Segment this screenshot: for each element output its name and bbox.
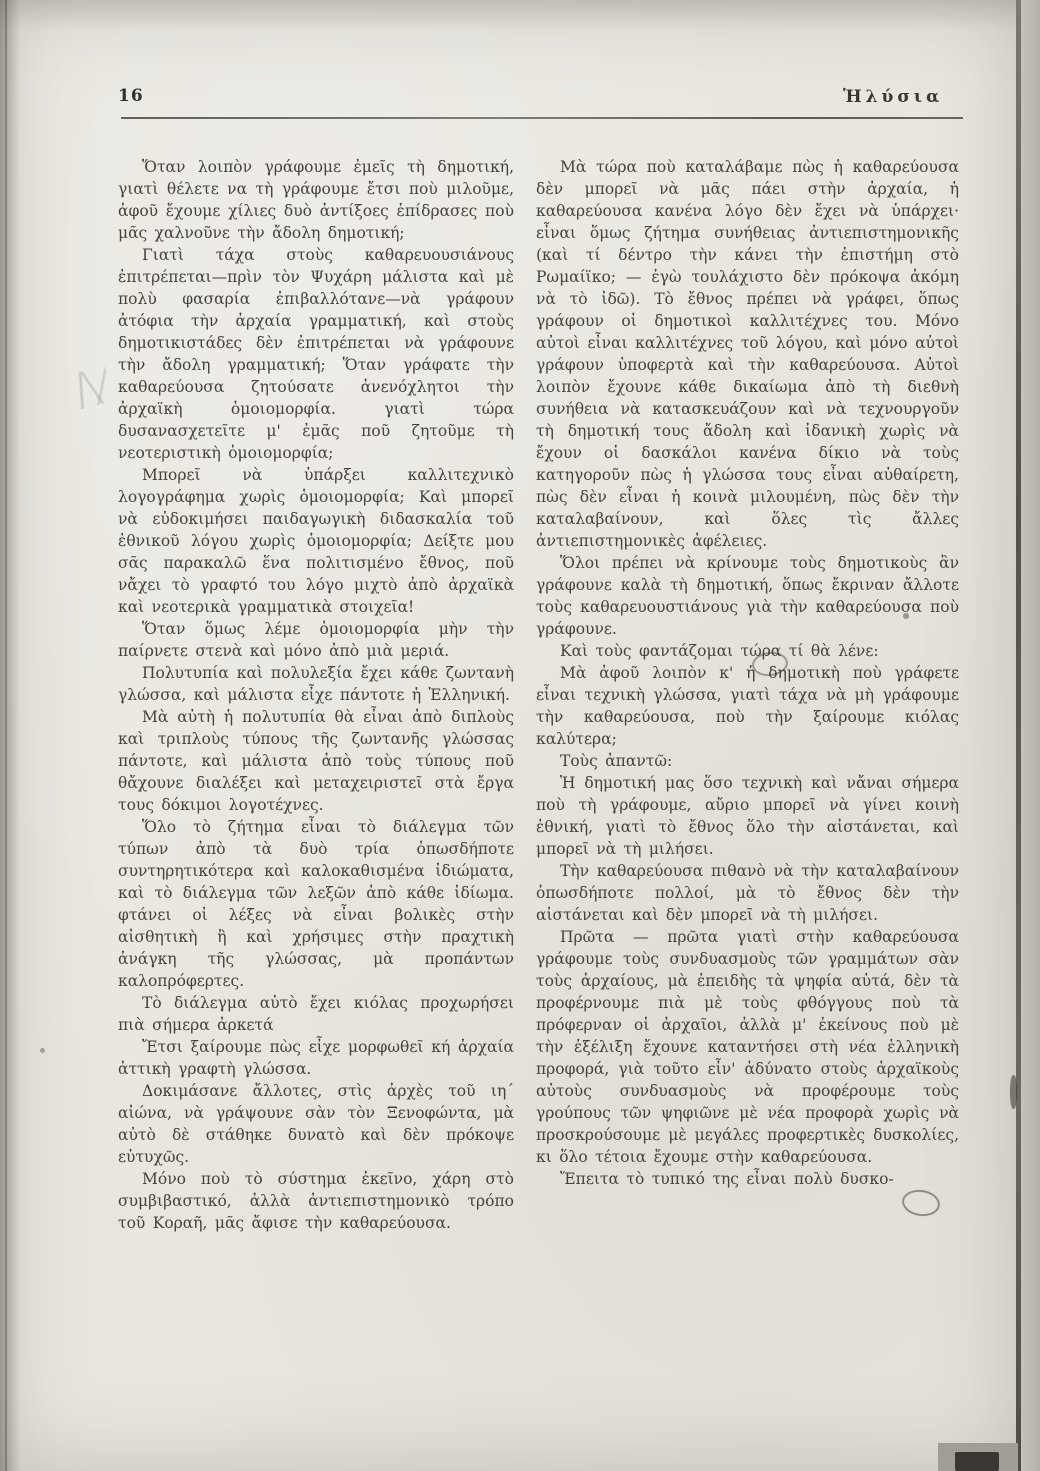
scan-edge-nick <box>1010 1075 1017 1109</box>
scan-corner-tab <box>955 1452 999 1471</box>
scan-top-shadow <box>0 0 1018 30</box>
header-rule <box>121 117 963 119</box>
journal-title: Ἡλύσια <box>843 87 943 107</box>
paragraph: Μὰ τώρα ποὺ καταλάβαμε πὼς ἡ καθαρεύουσα… <box>536 156 959 552</box>
scan-speck <box>903 613 909 619</box>
paragraph: Ὅλο τὸ ζήτημα εἶναι τὸ διάλεγμα τῶν τύπω… <box>118 816 514 992</box>
paragraph: Μὰ αὐτὴ ἡ πολυτυπία θὰ εἶναι ἀπὸ διπλοὺς… <box>118 706 514 816</box>
paragraph: Ὅταν ὅμως λέμε ὁμοιομορφία μὴν τὴν παίρν… <box>118 618 514 662</box>
paragraph: Ἔτσι ξαίρουμε πὼς εἶχε μορφωθεῖ κή ἀρχαί… <box>118 1036 514 1080</box>
paragraph: Τὸ διάλεγμα αὐτὸ ἔχει κιόλας προχωρήσει … <box>118 992 514 1036</box>
paragraph: Ἔπειτα τὸ τυπικό της εἶναι πολὺ δυσκο- <box>536 1168 959 1190</box>
paragraph: Πρῶτα — πρῶτα γιατὶ στὴν καθαρεύουσα γρά… <box>536 926 959 1168</box>
scan-outer-background <box>1021 0 1040 1471</box>
margin-pencil-mark <box>54 366 113 414</box>
paragraph: Γιατὶ τάχα στοὺς καθαρευουσιάνους ἐπιτρέ… <box>118 244 514 464</box>
paragraph: Πολυτυπία καὶ πολυλεξία ἔχει κάθε ζωνταν… <box>118 662 514 706</box>
left-column: Ὅταν λοιπὸν γράφουμε ἐμεῖς τὴ δημοτική, … <box>118 156 514 1234</box>
scanned-page: 16 Ἡλύσια Ὅταν λοιπὸν γράφουμε ἐμεῖς τὴ … <box>0 0 1040 1471</box>
ink-circle-mark <box>900 1187 941 1218</box>
paragraph: Τοὺς ἀπαντῶ: <box>536 750 959 772</box>
paragraph: Δοκιμάσανε ἄλλοτες, στὶς ἀρχὲς τοῦ ιη΄ α… <box>118 1080 514 1168</box>
paper-sheet: 16 Ἡλύσια Ὅταν λοιπὸν γράφουμε ἐμεῖς τὴ … <box>0 0 1018 1471</box>
paragraph: Τὴν καθαρεύουσα πιθανὸ νὰ τὴν καταλαβαίν… <box>536 860 959 926</box>
paragraph: Καὶ τοὺς φαντάζομαι τώρα τί θὰ λένε: <box>536 640 959 662</box>
scan-left-edge-shadow <box>0 0 20 1471</box>
right-column: Μὰ τώρα ποὺ καταλάβαμε πὼς ἡ καθαρεύουσα… <box>536 156 959 1190</box>
paragraph: Ἡ δημοτική μας ὅσο τεχνικὴ καὶ νἄναι σήμ… <box>536 772 959 860</box>
paragraph: Ὅταν λοιπὸν γράφουμε ἐμεῖς τὴ δημοτική, … <box>118 156 514 244</box>
scan-left-edge-line <box>5 0 7 1471</box>
paragraph: Μόνο ποὺ τὸ σύστημα ἐκεῖνο, χάρη στὸ συμ… <box>118 1168 514 1234</box>
scan-speck <box>40 1048 45 1053</box>
paragraph: Ὅλοι πρέπει νὰ κρίνουμε τοὺς δημοτικοὺς … <box>536 552 959 640</box>
paragraph: Μὰ ἀφοῦ λοιπὸν κ' ἡ δημοτικὴ ποὺ γράφετε… <box>536 662 959 750</box>
page-number: 16 <box>118 86 144 106</box>
scan-corner-patch <box>938 1443 1018 1471</box>
paragraph: Μπορεῖ νὰ ὑπάρξει καλλιτεχνικὸ λογογράφη… <box>118 464 514 618</box>
